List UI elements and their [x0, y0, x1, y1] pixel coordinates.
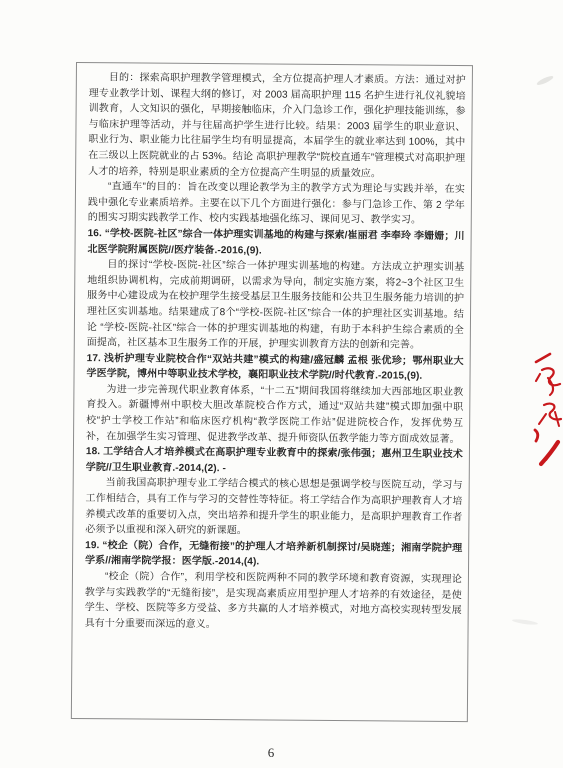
reference-entry-19-abstract: “校企（院）合作”，利用学校和医院两种不同的教学环境和教育资源，实现理论教学与实… [85, 569, 462, 634]
abstract-paragraph: “直通车”的目的：旨在改变以理论教学为主的教学方式为理论与实践并举，在实践中强化… [88, 179, 465, 229]
reference-entry-16-abstract: 目的探讨“学校-医院-社区”综合一体护理实训基地的构建。方法成立护理实训基地组织… [87, 257, 465, 354]
scanned-document-page: 目的：探索高职护理教学管理模式，全方位提高护理人才素质。方法：通过对护理专业教学… [0, 0, 563, 768]
reference-entry-18-title: 18. 工学结合人才培养模式在高职护理专业教育中的探索/张伟强；惠州卫生职业技术… [86, 444, 463, 478]
reference-entry-19-title: 19. “校企（院）合作，无缝衔接”的护理人才培养新机制探讨/吴晓莲；湘南学院护… [85, 538, 462, 572]
reference-entry-18-abstract: 当前我国高职护理专业工学结合模式的核心思想是强调学校与医院互动，学习与工作相结合… [85, 476, 462, 541]
reference-entry-16-title: 16. “学校-医院-社区”综合一体护理实训基地的构建与探索/崔丽君 李奉玲 李… [87, 226, 464, 260]
scan-artifact [512, 618, 538, 626]
red-ink-annotation [505, 350, 563, 468]
reference-entry-17-title: 17. 浅析护理专业院校合作“双站共建”模式的构建/盛冠麟 孟根 张优珍；鄂州职… [86, 351, 463, 385]
page-number: 6 [76, 745, 466, 761]
form-cell-border: 目的：探索高职护理教学管理模式，全方位提高护理人才素质。方法：通过对护理专业教学… [71, 62, 473, 722]
abstract-paragraph: 目的：探索高职护理教学管理模式，全方位提高护理人才素质。方法：通过对护理专业教学… [88, 70, 466, 182]
reference-entry-17-abstract: 为进一步完善现代职业教育体系，“十二五”期间我国将继续加大西部地区职业教育投入。… [86, 382, 463, 447]
scan-artifact [536, 74, 554, 86]
